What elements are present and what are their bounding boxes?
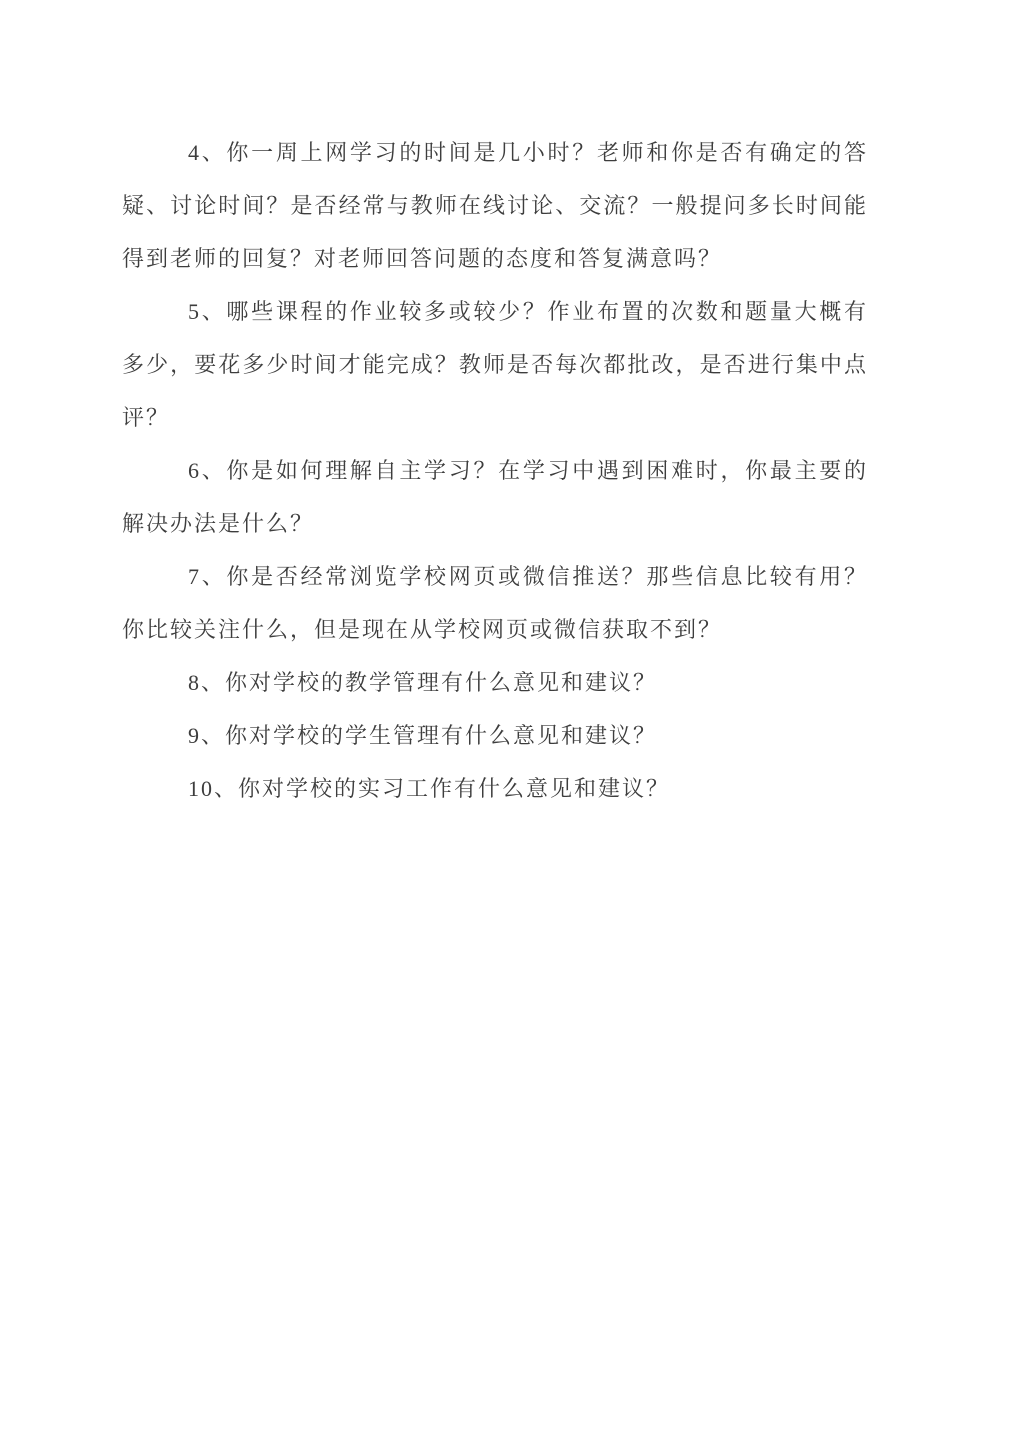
- question-item-5: 5、哪些课程的作业较多或较少？作业布置的次数和题量大概有多少，要花多少时间才能完…: [122, 285, 868, 444]
- question-item-6: 6、你是如何理解自主学习？在学习中遇到困难时，你最主要的解决办法是什么？: [122, 444, 868, 550]
- question-item-7: 7、你是否经常浏览学校网页或微信推送？那些信息比较有用？你比较关注什么，但是现在…: [122, 550, 868, 656]
- question-item-4: 4、你一周上网学习的时间是几小时？老师和你是否有确定的答疑、讨论时间？是否经常与…: [122, 126, 868, 285]
- question-item-8: 8、你对学校的教学管理有什么意见和建议？: [122, 656, 868, 709]
- question-item-9: 9、你对学校的学生管理有什么意见和建议？: [122, 709, 868, 762]
- document-page: 4、你一周上网学习的时间是几小时？老师和你是否有确定的答疑、讨论时间？是否经常与…: [0, 0, 1024, 1448]
- question-list: 4、你一周上网学习的时间是几小时？老师和你是否有确定的答疑、讨论时间？是否经常与…: [122, 126, 868, 815]
- question-item-10: 10、你对学校的实习工作有什么意见和建议？: [122, 762, 868, 815]
